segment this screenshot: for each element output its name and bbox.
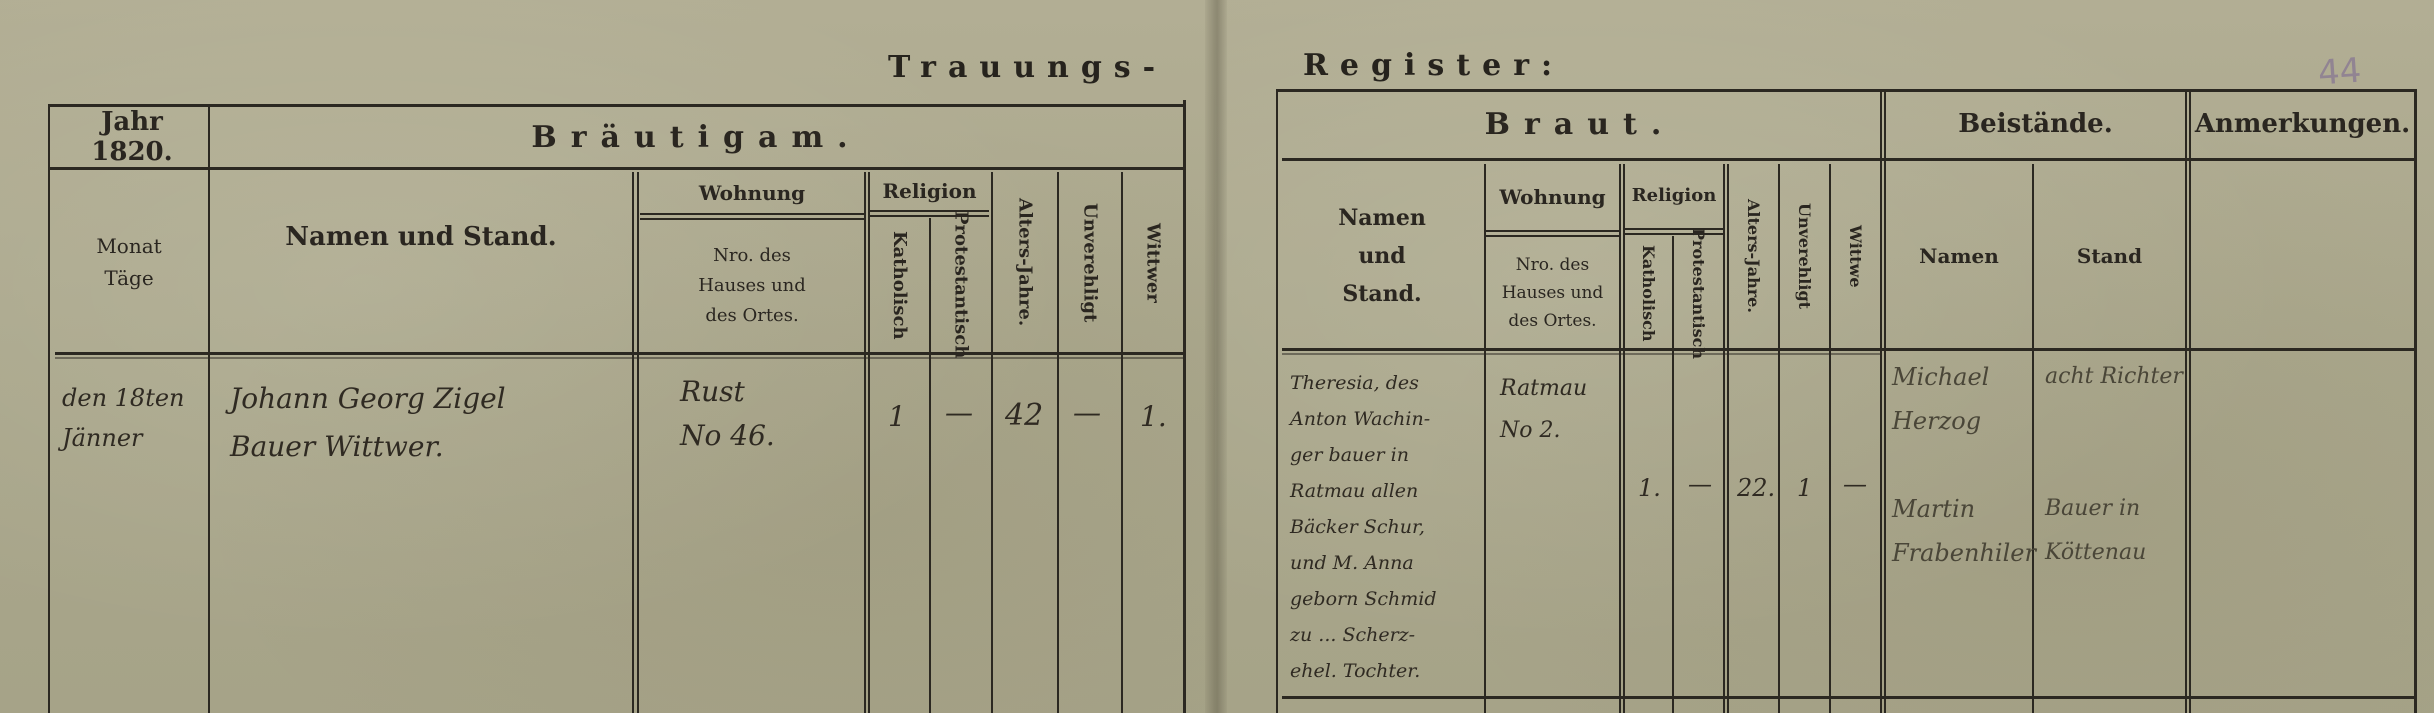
protestant-label: Protestantisch bbox=[951, 211, 972, 358]
bride-unmarried: 1 bbox=[1797, 474, 1812, 502]
subheader-divider bbox=[1486, 230, 1619, 232]
groom-residence: Rust No 46. bbox=[680, 370, 775, 458]
religion-group-header: Religion bbox=[870, 172, 989, 210]
col-divider bbox=[864, 172, 866, 713]
table-border bbox=[48, 104, 1185, 107]
col-divider bbox=[2185, 89, 2187, 713]
col-divider bbox=[1723, 164, 1725, 713]
col-divider bbox=[2189, 89, 2191, 713]
book-spine bbox=[1205, 0, 1227, 713]
subheader-divider bbox=[640, 218, 864, 220]
marriage-date: den 18ten Jänner bbox=[62, 378, 185, 458]
widower-column-header: Wittwer bbox=[1123, 175, 1183, 350]
groom-header: Bräutigam. bbox=[210, 108, 1183, 166]
subheader-divider bbox=[1486, 235, 1619, 237]
date-column-header: Monat Täge bbox=[50, 172, 208, 352]
unmarried-column-header: Unverehligt bbox=[1059, 175, 1121, 350]
right-page-title: Register: bbox=[1303, 48, 1564, 83]
table-border bbox=[1282, 348, 2415, 351]
col-divider bbox=[637, 172, 639, 713]
residence-column-header: Nro. des Hauses und des Ortes. bbox=[640, 222, 864, 350]
bride-header: Braut. bbox=[1280, 92, 1880, 156]
left-page-title: Trauungs- bbox=[888, 50, 1167, 85]
protestant-label: Protestantisch bbox=[1689, 228, 1708, 359]
bride-catholic: 1. bbox=[1638, 474, 1661, 502]
bride-age-column-header: Alters-Jahre. bbox=[1729, 166, 1778, 346]
age-column-header: Alters-Jahre. bbox=[993, 175, 1057, 350]
bride-unmarried-column-header: Unverehligt bbox=[1780, 166, 1829, 346]
unmarried-label: Unverehligt bbox=[1795, 203, 1814, 309]
unmarried-label: Unverehligt bbox=[1080, 203, 1101, 322]
col-divider bbox=[1880, 89, 1882, 713]
bride-residence: Ratmau No 2. bbox=[1500, 368, 1587, 452]
bride-name: Theresia, des Anton Wachin- ger bauer in… bbox=[1290, 365, 1437, 689]
table-border bbox=[1276, 89, 1278, 713]
table-border bbox=[1282, 696, 2415, 699]
bride-widow-column-header: Wittwe bbox=[1831, 166, 1880, 346]
table-border bbox=[48, 167, 1185, 170]
subheader-divider bbox=[1625, 228, 1723, 230]
year-label: Jahr 1820. bbox=[50, 108, 208, 166]
groom-age: 42 bbox=[1005, 398, 1043, 433]
bride-name-column-header: Namen und Stand. bbox=[1280, 164, 1484, 348]
col-divider bbox=[1619, 164, 1621, 713]
name-column-header: Namen und Stand. bbox=[210, 172, 632, 302]
table-border bbox=[2414, 89, 2417, 713]
subheader-divider bbox=[640, 213, 864, 215]
witness-names: Michael Herzog Martin Frabenhiler bbox=[1892, 355, 2036, 575]
groom-name: Johann Georg Zigel Bauer Wittwer. bbox=[230, 375, 506, 471]
widow-label: Wittwe bbox=[1846, 225, 1865, 288]
catholic-column-header: Katholisch bbox=[870, 220, 929, 350]
remarks-header: Anmerkungen. bbox=[2191, 92, 2414, 156]
age-label: Alters-Jahre. bbox=[1744, 199, 1763, 313]
col-divider bbox=[632, 172, 634, 713]
bride-residence-column-header: Nro. des Hauses und des Ortes. bbox=[1486, 238, 1619, 348]
age-label: Alters-Jahre. bbox=[1015, 198, 1036, 326]
witness-status-column-header: Stand bbox=[2034, 164, 2185, 348]
bride-age: 22. bbox=[1737, 474, 1775, 502]
bride-protestant: — bbox=[1688, 470, 1712, 498]
protestant-column-header: Protestantisch bbox=[931, 220, 991, 350]
table-border bbox=[1282, 353, 1882, 355]
groom-protestant: — bbox=[945, 396, 973, 429]
bride-residence-group-header: Wohnung bbox=[1486, 164, 1619, 230]
catholic-label: Katholisch bbox=[889, 231, 910, 340]
bride-catholic-column-header: Katholisch bbox=[1625, 238, 1672, 348]
bride-protestant-column-header: Protestantisch bbox=[1674, 238, 1723, 348]
table-border bbox=[1183, 100, 1186, 713]
bride-religion-group-header: Religion bbox=[1625, 164, 1723, 228]
catholic-label: Katholisch bbox=[1639, 245, 1658, 342]
bride-widow: — bbox=[1843, 470, 1867, 498]
witness-name-column-header: Namen bbox=[1886, 164, 2032, 348]
table-border bbox=[55, 357, 1185, 359]
widower-label: Wittwer bbox=[1143, 223, 1164, 303]
witnesses-header: Beistände. bbox=[1886, 92, 2185, 156]
groom-catholic: 1 bbox=[888, 400, 906, 433]
table-border bbox=[1282, 158, 2415, 161]
witness-status: acht Richter Bauer in Köttenau bbox=[2045, 355, 2183, 575]
groom-unmarried: — bbox=[1073, 396, 1101, 429]
subheader-divider bbox=[1625, 233, 1723, 235]
residence-group-header: Wohnung bbox=[640, 172, 864, 213]
page-number: 44 bbox=[2317, 51, 2363, 94]
groom-widower: 1. bbox=[1140, 400, 1167, 433]
table-border bbox=[55, 352, 1185, 355]
